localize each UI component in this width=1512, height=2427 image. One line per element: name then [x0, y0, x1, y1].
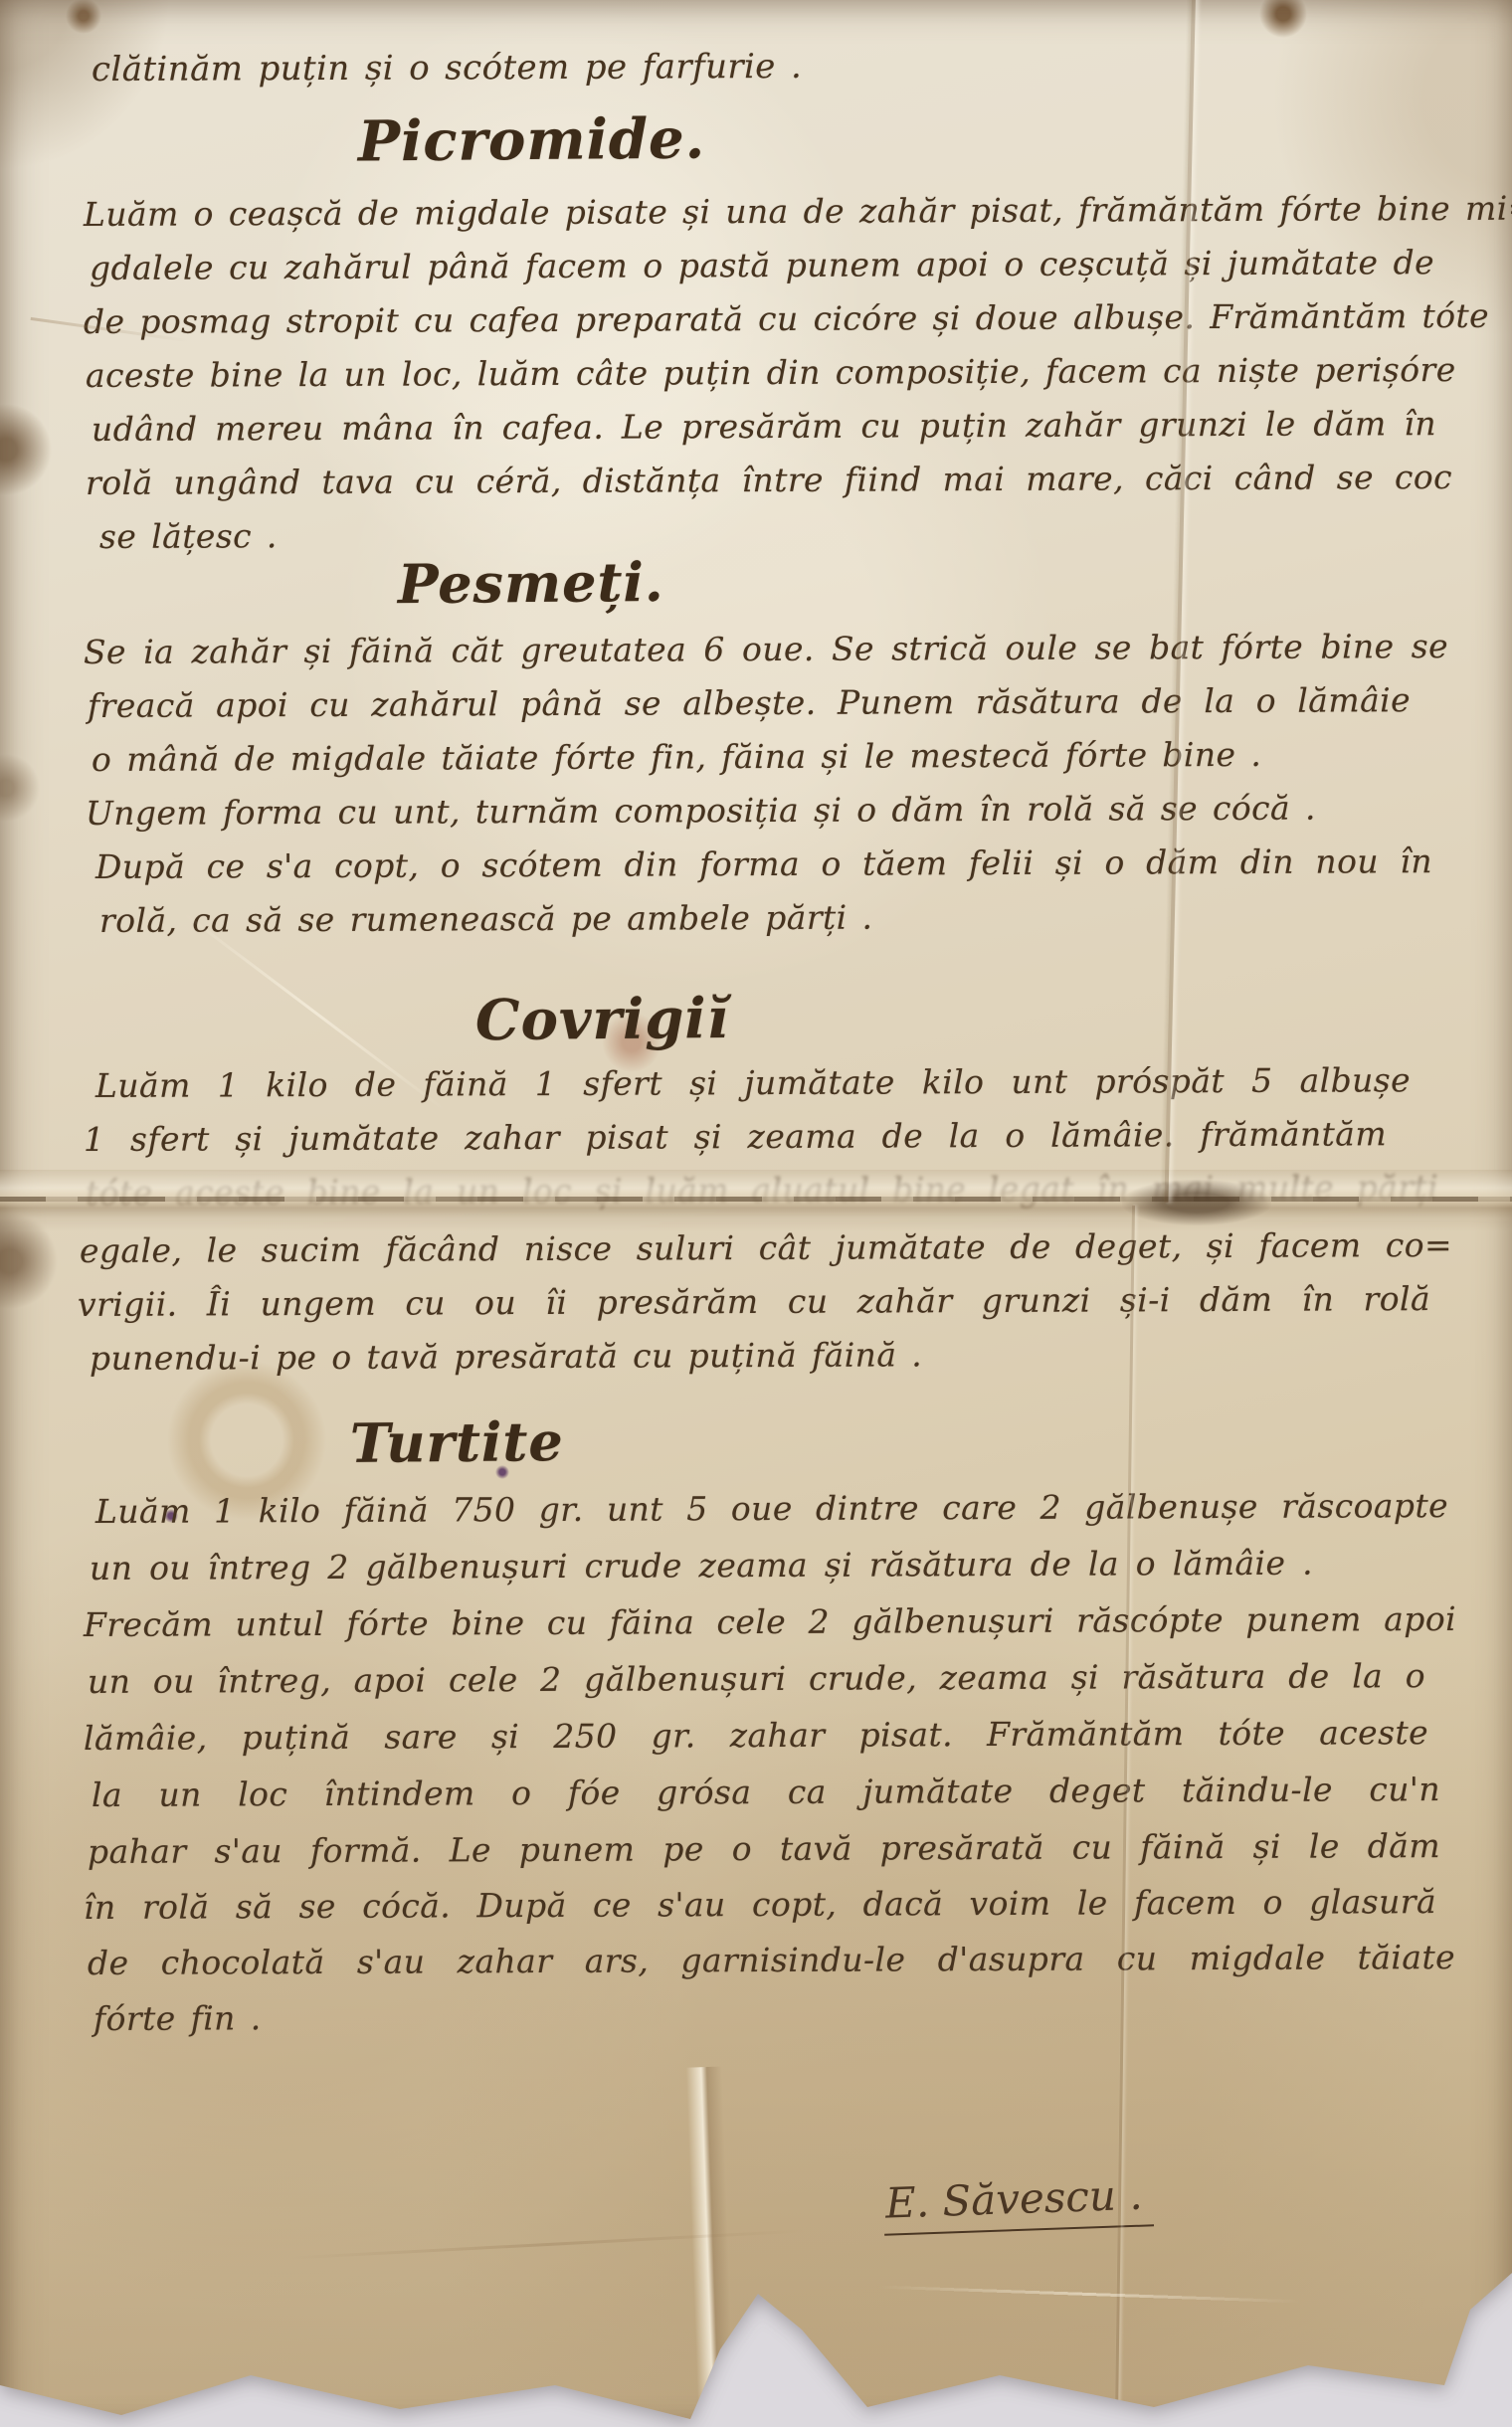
manuscript-line: egale, le sucim făcând nisce suluri cât …	[80, 1225, 1452, 1270]
manuscript-line: aceste bine la un loc, luăm câte puțin d…	[86, 350, 1446, 395]
manuscript-line: Frecăm untul fórte bine cu făina cele 2 …	[84, 1599, 1456, 1644]
signature: E. Săvescu .	[882, 2169, 1153, 2227]
manuscript-line: Se ia zahăr și făină căt greutatea 6 oue…	[84, 627, 1448, 671]
manuscript-line: fórte fin .	[94, 1998, 262, 2038]
manuscript-line: După ce s'a copt, o scótem din forma o t…	[95, 841, 1432, 886]
manuscript-line: de posmag stropit cu cafea preparată cu …	[84, 296, 1456, 341]
manuscript-line: de chocolată s'au zahar ars, garnisindu-…	[88, 1938, 1455, 1982]
manuscript-line: un ou întreg 2 gălbenușuri crude zeama ș…	[90, 1544, 1313, 1587]
recipe-heading-picromide: Picromide.	[358, 105, 706, 174]
manuscript-line: udând mereu mâna în cafea. Le presărăm c…	[92, 404, 1436, 449]
manuscript-line: vrigii. Îi ungem cu ou îi presărăm cu za…	[78, 1279, 1430, 1324]
manuscript-line: rolă, ca să se rumenească pe ambele părț…	[99, 898, 873, 940]
wrinkle-line	[288, 2229, 805, 2259]
wrinkle-line	[875, 2285, 1303, 2303]
manuscript-line: Luăm o ceașcă de migdale pisate și una d…	[84, 189, 1448, 234]
paper-wrap: clătinăm puțin și o scótem pe farfurie .…	[0, 0, 1512, 2427]
manuscript-line: Luăm 1 kilo de făină 1 sfert și jumătate…	[95, 1060, 1411, 1105]
vertical-fold-crease-top	[1164, 0, 1196, 1203]
signature-text: E. Săvescu .	[882, 2169, 1153, 2235]
manuscript-opening-line: clătinăm puțin și o scótem pe farfurie .	[92, 47, 802, 90]
manuscript-line: Ungem forma cu unt, turnăm composiția și…	[86, 790, 1080, 833]
manuscript-line: lămâie, puțină sare și 250 gr. zahar pis…	[84, 1713, 1428, 1758]
manuscript-line: Luăm 1 kilo făină 750 gr. unt 5 oue dint…	[95, 1486, 1448, 1531]
manuscript-line: se lățesc .	[99, 516, 278, 556]
bottom-tear	[686, 2066, 735, 2427]
recipe-heading-covrigii: Covrigiĭ	[475, 986, 730, 1053]
manuscript-line: punendu-i pe o tavă presărată cu puțină …	[90, 1335, 922, 1378]
vertical-fold-crease-bottom	[1115, 1206, 1135, 2427]
manuscript-line: o mână de migdale tăiate fórte fin, făin…	[92, 736, 947, 779]
manuscript-line-damaged: tóte aceste bine la un loc și luăm aluat…	[86, 1168, 1438, 1213]
manuscript-line: la un loc întindem o fóe grósa ca jumăta…	[92, 1770, 1440, 1814]
photo-backdrop: clătinăm puțin și o scótem pe farfurie .…	[0, 0, 1512, 2427]
manuscript-line: un ou întreg, apoi cele 2 gălbenușuri cr…	[88, 1656, 1425, 1701]
recipe-heading-pesmeti: Pesmeți.	[398, 550, 664, 616]
manuscript-line: în rolă să se cócă. După ce s'au copt, d…	[84, 1882, 1436, 1927]
manuscript-line: 1 sfert și jumătate zahar pisat și zeama…	[84, 1114, 1387, 1159]
manuscript-line: gdalele cu zahărul până facem o pastă pu…	[90, 243, 1434, 287]
manuscript-line: pahar s'au formă. Le punem pe o tavă pre…	[88, 1826, 1440, 1871]
manuscript-line: rolă ungând tava cu céră, distănța între…	[86, 458, 1452, 502]
paper-sheet: clătinăm puțin și o scótem pe farfurie .…	[0, 0, 1512, 2427]
manuscript-line: freacă apoi cu zahărul până se albește. …	[88, 680, 1411, 725]
recipe-heading-turtite: Turtite	[350, 1409, 564, 1475]
